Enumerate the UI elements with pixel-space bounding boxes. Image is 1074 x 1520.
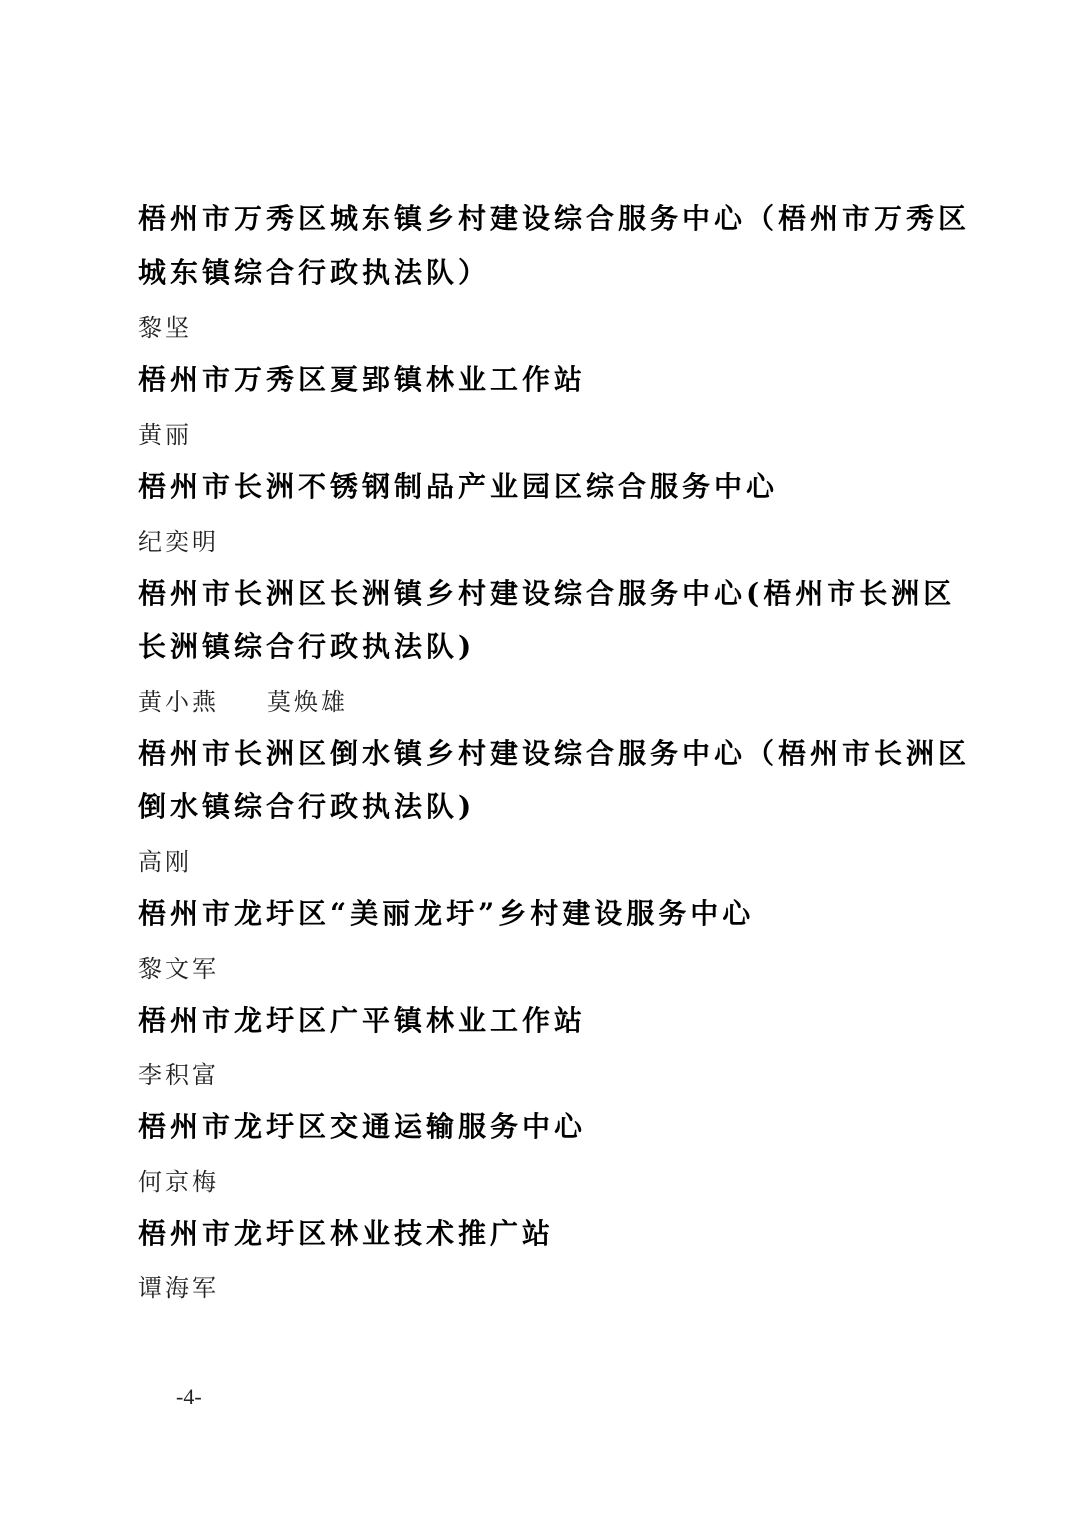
organization-name: 梧州市万秀区夏郢镇林业工作站 xyxy=(138,366,586,394)
organization-name: 梧州市长洲不锈钢制品产业园区综合服务中心 xyxy=(138,473,778,501)
organization-name-continued: 城东镇综合行政执法队） xyxy=(138,259,490,287)
document-page: 梧州市万秀区城东镇乡村建设综合服务中心（梧州市万秀区 城东镇综合行政执法队） 黎… xyxy=(0,0,1074,1520)
person-name: 黄丽 xyxy=(138,423,192,447)
organization-name: 梧州市龙圩区广平镇林业工作站 xyxy=(138,1007,586,1035)
organization-name: 梧州市长洲区长洲镇乡村建设综合服务中心(梧州市长洲区 xyxy=(138,580,955,608)
organization-name: 梧州市长洲区倒水镇乡村建设综合服务中心（梧州市长洲区 xyxy=(138,740,970,768)
organization-name-continued: 长洲镇综合行政执法队) xyxy=(138,633,475,661)
person-name: 谭海军 xyxy=(138,1276,219,1300)
organization-name-continued: 倒水镇综合行政执法队) xyxy=(138,793,475,821)
person-name: 何京梅 xyxy=(138,1170,219,1194)
organization-name: 梧州市龙圩区“美丽龙圩”乡村建设服务中心 xyxy=(138,900,754,928)
person-name: 莫焕雄 xyxy=(267,688,348,716)
page-number: -4- xyxy=(176,1384,202,1410)
person-name: 李积富 xyxy=(138,1063,219,1087)
person-names: 黄小燕莫焕雄 xyxy=(138,690,348,714)
organization-name: 梧州市龙圩区林业技术推广站 xyxy=(138,1220,554,1248)
person-name: 纪奕明 xyxy=(138,530,219,554)
organization-name: 梧州市龙圩区交通运输服务中心 xyxy=(138,1113,586,1141)
organization-name: 梧州市万秀区城东镇乡村建设综合服务中心（梧州市万秀区 xyxy=(138,205,970,233)
person-name: 黎文军 xyxy=(138,957,219,981)
person-name: 高刚 xyxy=(138,850,192,874)
person-name: 黄小燕 xyxy=(138,688,219,716)
person-name: 黎坚 xyxy=(138,316,192,340)
